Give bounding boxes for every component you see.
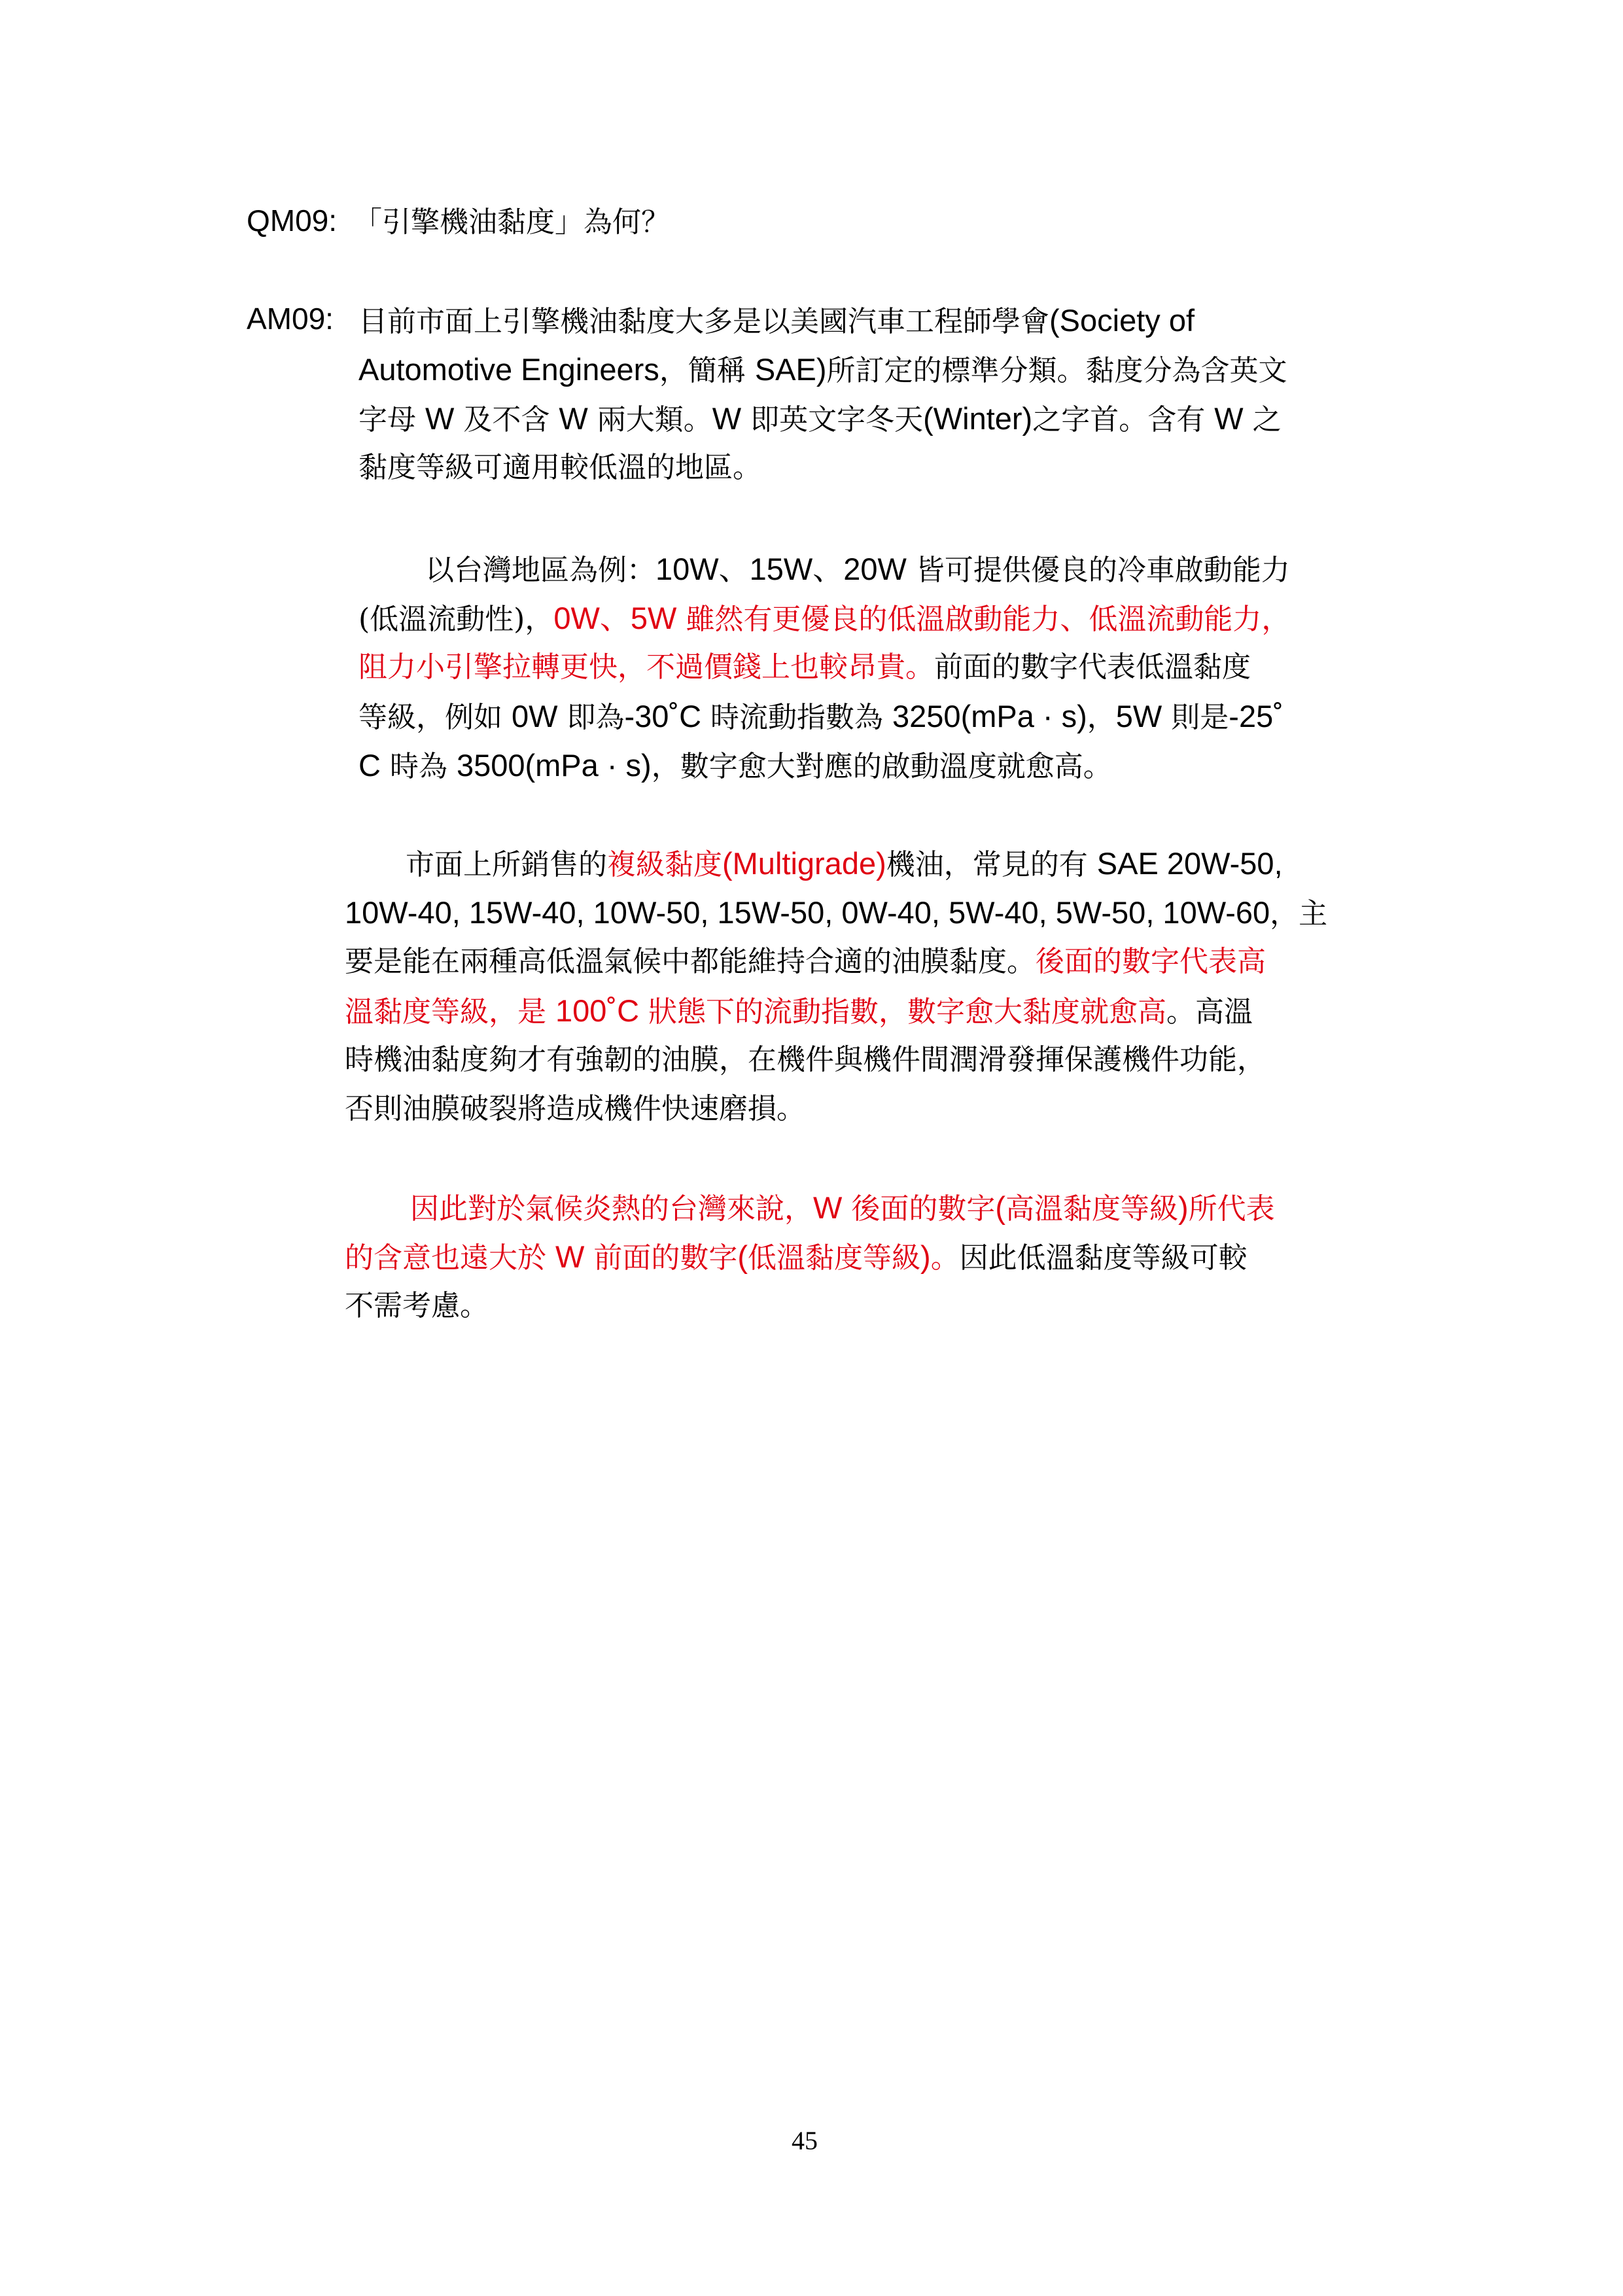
highlighted-text: 後面的數字代表高: [1036, 945, 1266, 978]
highlighted-text: 。: [931, 1241, 960, 1275]
text-segment: -30˚C: [625, 699, 702, 733]
text-segment: 前面的數字代表低溫黏度: [934, 650, 1251, 684]
text-segment: C: [358, 748, 381, 783]
highlighted-text: 0W、5W: [553, 601, 676, 635]
text-segment: ，簡稱: [659, 354, 755, 387]
text-line: 因此對於氣候炎熱的台灣來說，W 後面的數字(高溫黏度等級)所代表: [410, 1183, 1275, 1232]
text-line: 市面上所銷售的複級黏度(Multigrade)機油，常見的有 SAE 20W-5…: [406, 839, 1283, 888]
text-segment: 及不含: [454, 403, 559, 436]
text-line: 阻力小引擎拉轉更快，不過價錢上也較昂貴。前面的數字代表低溫黏度: [358, 643, 1251, 692]
text-segment: 以台灣地區為例：: [425, 554, 655, 587]
text-segment: (Society of: [1049, 303, 1195, 338]
highlighted-text: W: [555, 1239, 584, 1274]
text-segment: 所訂定的標準分類。黏度分為含英文: [827, 354, 1287, 387]
text-segment: 10W、15W、20W: [655, 552, 907, 586]
text-segment: 因此低溫黏度等級可較: [960, 1241, 1248, 1275]
highlighted-text: ): [1178, 1190, 1189, 1225]
text-segment: 要是能在兩種高低溫氣候中都能維持合適的油膜黏度。: [345, 945, 1036, 978]
highlighted-text: 高溫黏度等級: [1005, 1192, 1178, 1226]
text-segment: 市面上所銷售的: [406, 848, 607, 881]
text-line: C 時為 3500(mPa · s)，數字愈大對應的啟動溫度就愈高。: [358, 741, 1112, 790]
text-line: (低溫流動性)，0W、5W 雖然有更優良的低溫啟動能力、低溫流動能力，: [358, 593, 1290, 643]
text-line: Automotive Engineers，簡稱 SAE)所訂定的標準分類。黏度分…: [358, 345, 1287, 394]
text-segment: 之: [1244, 403, 1282, 436]
text-segment: 黏度等級可適用較低溫的地區。: [358, 451, 761, 484]
text-line: 的含意也遠大於 W 前面的數字(低溫黏度等級)。因此低溫黏度等級可較: [345, 1232, 1248, 1281]
highlighted-text: 後面的數字: [842, 1192, 995, 1226]
text-line: 溫黏度等級，是 100˚C 狀態下的流動指數，數字愈大黏度就愈高。高溫: [345, 986, 1253, 1035]
text-segment: SAE): [755, 352, 827, 387]
text-segment: 機油，常見的有: [886, 848, 1097, 881]
text-segment: 5W: [1116, 699, 1162, 733]
highlighted-text: 狀態下的流動指數，數字愈大黏度就愈高: [639, 995, 1166, 1029]
text-segment: 時機油黏度夠才有強韌的油膜，在機件與機件間潤滑發揮保護機件功能，: [345, 1043, 1266, 1076]
text-segment: 即為: [558, 701, 625, 734]
text-line: 要是能在兩種高低溫氣候中都能維持合適的油膜黏度。後面的數字代表高: [345, 937, 1266, 986]
text-segment: 3250(mPa · s): [892, 699, 1087, 733]
text-segment: W: [425, 401, 454, 436]
text-line: 10W-40, 15W-40, 10W-50, 15W-50, 0W-40, 5…: [345, 888, 1327, 937]
text-line: 字母 W 及不含 W 兩大類。W 即英文字冬天(Winter)之字首。含有 W …: [358, 394, 1282, 443]
text-segment: 即英文字冬天: [741, 403, 923, 436]
text-segment: 目前市面上引擎機油黏度大多是以美國汽車工程師學會: [358, 305, 1049, 338]
highlighted-text: 溫黏度等級，是: [345, 995, 555, 1029]
text-segment: 字母: [358, 403, 425, 436]
text-line: 目前市面上引擎機油黏度大多是以美國汽車工程師學會(Society of: [358, 296, 1195, 345]
highlighted-text: 的含意也遠大於: [345, 1241, 555, 1275]
text-segment: W: [712, 401, 741, 436]
text-segment: 之字首。含有: [1032, 403, 1214, 436]
text-segment: SAE 20W-50,: [1097, 846, 1283, 881]
text-segment: 3500(mPa · s): [457, 748, 652, 783]
highlighted-text: 所代表: [1189, 1192, 1275, 1226]
text-segment: 兩大類。: [588, 403, 712, 436]
text-line: 不需考慮。: [345, 1281, 489, 1330]
text-segment: 等級，例如: [358, 701, 512, 734]
text-segment: ，數字愈大對應的啟動溫度就愈高。: [652, 750, 1112, 783]
text-segment: 時為: [381, 750, 457, 783]
highlighted-text: (: [995, 1190, 1005, 1225]
text-segment: 。高溫: [1166, 995, 1253, 1029]
answer-label: AM09:: [247, 294, 334, 344]
text-segment: 則是: [1162, 701, 1229, 734]
text-line: 以台灣地區為例：10W、15W、20W 皆可提供優良的冷車啟動能力: [425, 544, 1290, 593]
text-segment: Automotive Engineers: [358, 352, 659, 387]
question-text: 「引擎機油黏度」為何？: [353, 198, 670, 247]
highlighted-text: (Multigrade): [722, 846, 886, 881]
text-segment: (低溫流動性)，: [358, 603, 553, 636]
question-label: QM09:: [247, 196, 337, 245]
highlighted-text: 因此對於氣候炎熱的台灣來說，: [410, 1192, 813, 1226]
text-line: 否則油膜破裂將造成機件快速磨損。: [345, 1084, 805, 1133]
text-line: 時機油黏度夠才有強韌的油膜，在機件與機件間潤滑發揮保護機件功能，: [345, 1035, 1266, 1084]
text-segment: ，: [1087, 701, 1116, 734]
text-segment: 時流動指數為: [701, 701, 892, 734]
text-segment: 0W: [512, 699, 558, 733]
text-segment: 否則油膜破裂將造成機件快速磨損。: [345, 1092, 805, 1125]
text-segment: W: [559, 401, 587, 436]
highlighted-text: W: [813, 1190, 842, 1225]
text-segment: ，主: [1270, 897, 1327, 930]
text-line: 等級，例如 0W 即為-30˚C 時流動指數為 3250(mPa · s)，5W…: [358, 692, 1283, 741]
highlighted-text: 低溫黏度等級: [748, 1241, 920, 1275]
text-segment: 10W-40, 15W-40, 10W-50, 15W-50, 0W-40, 5…: [345, 895, 1270, 930]
highlighted-text: ): [920, 1239, 931, 1274]
text-segment: W: [1214, 401, 1243, 436]
text-segment: -25˚: [1229, 699, 1283, 733]
highlighted-text: (: [737, 1239, 748, 1274]
highlighted-text: 100˚C: [555, 993, 639, 1028]
page-number: 45: [792, 2125, 818, 2156]
text-line: 黏度等級可適用較低溫的地區。: [358, 443, 761, 492]
highlighted-text: 雖然有更優良的低溫啟動能力、低溫流動能力，: [676, 603, 1290, 636]
text-segment: 皆可提供優良的冷車啟動能力: [907, 554, 1290, 587]
highlighted-text: 前面的數字: [584, 1241, 737, 1275]
highlighted-text: 複級黏度: [607, 848, 722, 881]
text-segment: (Winter): [923, 401, 1032, 436]
document-page: QM09: 「引擎機油黏度」為何？ AM09: 目前市面上引擎機油黏度大多是以美…: [0, 0, 1623, 2296]
text-segment: 不需考慮。: [345, 1289, 489, 1322]
highlighted-text: 阻力小引擎拉轉更快，不過價錢上也較昂貴。: [358, 650, 934, 684]
